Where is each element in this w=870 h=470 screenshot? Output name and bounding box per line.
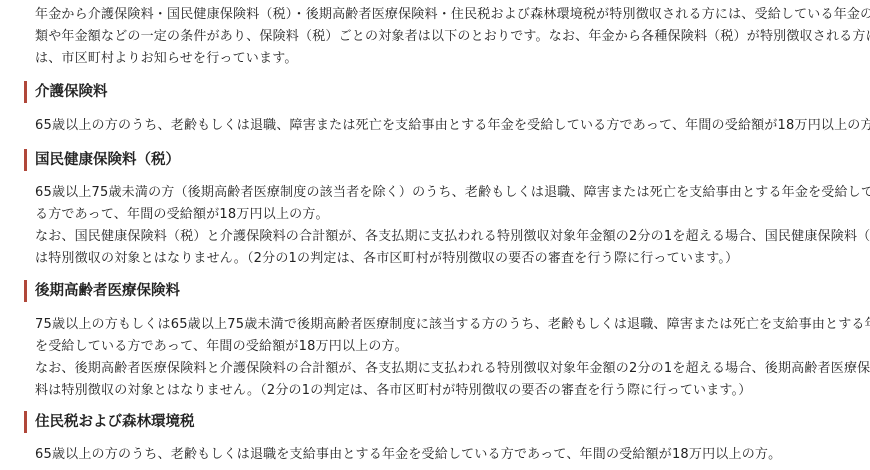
section-body-care-insurance: 65歳以上の方のうち、老齢もしくは退職、障害または死亡を支給事由とする年金を受給… — [35, 115, 835, 137]
section-heading-resident-tax: 住民税および森林環境税 — [24, 411, 195, 433]
intro-line: は、市区町村よりお知らせを行っています。 — [35, 48, 835, 70]
body-line: なお、後期高齢者医療保険料と介護保険料の合計額が、各支払期に支払われる特別徴収対… — [35, 358, 835, 380]
section-body-resident-tax: 65歳以上の方のうち、老齢もしくは退職を支給事由とする年金を受給している方であっ… — [35, 444, 835, 466]
body-line: を受給している方であって、年間の受給額が18万円以上の方。 — [35, 336, 835, 358]
section-heading-national-health-insurance: 国民健康保険料（税） — [24, 149, 180, 171]
body-line: 75歳以上の方もしくは65歳以上75歳未満で後期高齢者医療制度に該当する方のうち… — [35, 314, 835, 336]
body-line: 65歳以上75歳未満の方（後期高齢者医療制度の該当者を除く）のうち、老齢もしくは… — [35, 182, 835, 204]
body-line: 65歳以上の方のうち、老齢もしくは退職を支給事由とする年金を受給している方であっ… — [35, 444, 835, 466]
section-heading-care-insurance: 介護保険料 — [24, 81, 108, 103]
body-line: は特別徴収の対象とはなりません。（2分の1の判定は、各市区町村が特別徴収の要否の… — [35, 248, 835, 270]
section-body-national-health-insurance: 65歳以上75歳未満の方（後期高齢者医療制度の該当者を除く）のうち、老齢もしくは… — [35, 182, 835, 270]
intro-paragraph: 年金から介護保険料・国民健康保険料（税）・後期高齢者医療保険料・住民税および森林… — [35, 4, 835, 70]
body-line: なお、国民健康保険料（税）と介護保険料の合計額が、各支払期に支払われる特別徴収対… — [35, 226, 835, 248]
body-line: る方であって、年間の受給額が18万円以上の方。 — [35, 204, 835, 226]
section-body-late-elderly-medical: 75歳以上の方もしくは65歳以上75歳未満で後期高齢者医療制度に該当する方のうち… — [35, 314, 835, 402]
body-line: 料は特別徴収の対象とはなりません。（2分の1の判定は、各市区町村が特別徴収の要否… — [35, 380, 835, 402]
section-heading-late-elderly-medical: 後期高齢者医療保険料 — [24, 280, 180, 302]
pension-withholding-document: 年金から介護保険料・国民健康保険料（税）・後期高齢者医療保険料・住民税および森林… — [0, 0, 870, 470]
intro-line: 年金から介護保険料・国民健康保険料（税）・後期高齢者医療保険料・住民税および森林… — [35, 4, 835, 26]
body-line: 65歳以上の方のうち、老齢もしくは退職、障害または死亡を支給事由とする年金を受給… — [35, 115, 835, 137]
intro-line: 類や年金額などの一定の条件があり、保険料（税）ごとの対象者は以下のとおりです。な… — [35, 26, 835, 48]
